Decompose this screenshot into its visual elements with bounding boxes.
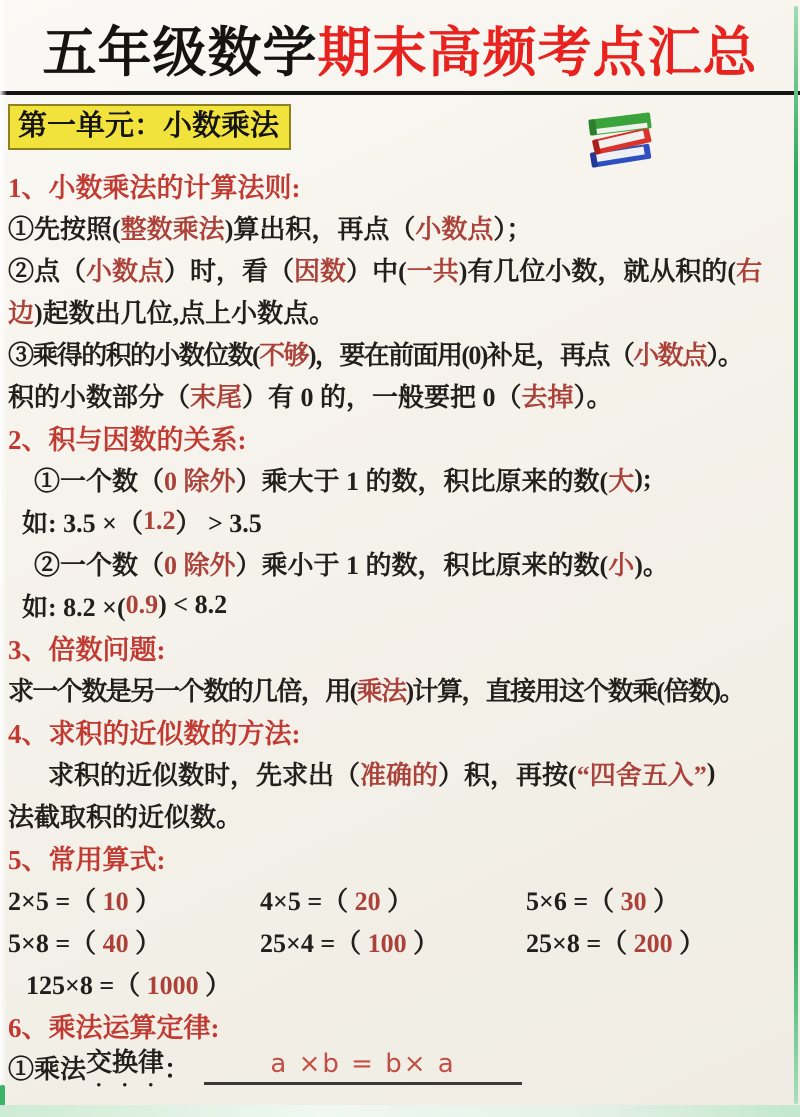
title-divider — [0, 91, 800, 95]
highlighted-term: 大 — [608, 461, 634, 498]
formula-cell: 2×5 =（ 10 ） — [8, 881, 260, 918]
page-title-grade: 五年级数学 — [43, 23, 318, 83]
highlighted-term: 20 — [348, 887, 387, 916]
text-line: 如: 3.5 ×（1.2） > 3.5 — [22, 500, 792, 542]
highlighted-term: 末尾 — [190, 377, 242, 414]
text-line: ②一个数（0 除外）乘小于 1 的数，积比原来的数(小)。 — [34, 542, 792, 584]
text-segment: 交换律 — [86, 1042, 164, 1092]
text-segment: 25×4 =（ — [260, 929, 361, 958]
section-5-heading: 5、常用算式: — [8, 836, 792, 878]
text-segment: ）。 — [574, 377, 613, 414]
formula-cell: 125×8 =（ 1000 ） — [26, 965, 278, 1002]
handwritten-answer-blank: a ×b = b× a — [204, 1049, 522, 1085]
highlighted-term: 小数点 — [633, 335, 706, 372]
text-line: 求积的近似数时，先求出（准确的）积，再按(“四舍五入”) — [48, 752, 792, 794]
text-segment: 求积的近似数时，先求出（ — [48, 755, 360, 792]
text-segment: ） — [413, 929, 439, 958]
text-segment: ） — [387, 887, 413, 916]
text-segment: ②点（ — [8, 251, 86, 288]
text-segment: ）中( — [346, 251, 407, 288]
formula-cell: 25×8 =（ 200 ） — [526, 923, 705, 960]
text-segment: 25×8 =（ — [526, 929, 627, 958]
highlighted-term: 10 — [96, 887, 135, 916]
text-segment: ）； — [493, 209, 532, 246]
text-segment: ） — [135, 887, 161, 916]
commutative-law-line: ①乘法交换律：a ×b = b× a — [8, 1046, 792, 1088]
content-lines: 1、小数乘法的计算法则:①先按照(整数乘法)算出积，再点（小数点）；②点（小数点… — [0, 152, 800, 1088]
page-title: 五年级数学期末高频考点汇总 — [0, 0, 800, 82]
highlighted-term: 2、积与因数的关系: — [8, 418, 247, 457]
formula-row: 5×8 =（ 40 ）25×4 =（ 100 ）25×8 =（ 200 ） — [8, 920, 792, 962]
text-segment: 求一个数是另一个数的几倍，用( — [8, 671, 357, 708]
text-line: 边)起数出几位,点上小数点。 — [8, 290, 792, 332]
highlighted-term: 0 除外 — [164, 461, 236, 498]
highlighted-term: 小 — [608, 545, 634, 582]
text-segment: ①乘法 — [8, 1049, 86, 1086]
text-segment: ①先按照( — [8, 209, 121, 246]
highlighted-term: 整数乘法 — [121, 209, 225, 246]
highlighted-term: 去掉 — [522, 377, 574, 414]
section-3-heading: 3、倍数问题: — [8, 626, 792, 668]
highlighted-term: 不够 — [259, 335, 308, 372]
text-line: ②点（小数点）时，看（因数）中(一共)有几位小数，就从积的(右 — [8, 248, 792, 290]
highlighted-term: 40 — [96, 929, 135, 958]
page-title-topic: 期末高频考点汇总 — [318, 23, 758, 83]
text-segment: ①一个数（ — [34, 461, 164, 498]
highlighted-term: 0 除外 — [164, 545, 236, 582]
highlighted-term: 5、常用算式: — [8, 838, 166, 877]
highlighted-term: “四舍五入” — [577, 755, 707, 792]
section-6-heading: 6、乘法运算定律: — [8, 1004, 792, 1046]
formula-cell: 5×8 =（ 40 ） — [8, 923, 260, 960]
highlighted-term: 4、求积的近似数的方法: — [8, 712, 301, 751]
text-segment: 4×5 =（ — [260, 887, 348, 916]
text-segment: 积的小数部分（ — [8, 377, 190, 414]
text-segment: 5×6 =（ — [526, 887, 614, 916]
text-segment: 2×5 =（ — [8, 887, 96, 916]
highlighted-term: 0.9 — [126, 590, 159, 620]
text-segment: ）乘大于 1 的数，积比原来的数( — [236, 461, 609, 498]
text-segment: 如: 8.2 ×( — [22, 587, 126, 624]
text-segment: ）。 — [706, 335, 742, 372]
text-segment: ： — [164, 1049, 190, 1086]
text-segment: )。 — [634, 545, 669, 582]
books-icon — [584, 108, 660, 170]
section-4-heading: 4、求积的近似数的方法: — [8, 710, 792, 752]
text-line: ①先按照(整数乘法)算出积，再点（小数点）； — [8, 206, 792, 248]
text-segment: 法截取积的近似数。 — [8, 797, 242, 834]
highlighted-term: 100 — [361, 929, 413, 958]
formula-row: 125×8 =（ 1000 ） — [8, 962, 792, 1004]
highlighted-term: 因数 — [294, 251, 346, 288]
formula-cell: 4×5 =（ 20 ） — [260, 881, 526, 918]
text-segment: 如: 3.5 ×（ — [22, 503, 143, 540]
section-1-heading: 1、小数乘法的计算法则: — [8, 164, 792, 206]
formula-row: 2×5 =（ 10 ）4×5 =（ 20 ）5×6 =（ 30 ） — [8, 878, 792, 920]
highlighted-term: 一共 — [407, 251, 459, 288]
text-segment: ); — [634, 464, 651, 494]
text-line: 如: 8.2 ×(0.9) < 8.2 — [22, 584, 792, 626]
study-notes-page: 五年级数学期末高频考点汇总 第一单元：小数乘法 1、 — [0, 0, 800, 1117]
highlighted-term: 准确的 — [360, 755, 438, 792]
text-line: ③乘得的积的小数位数(不够)，要在前面用(0)补足，再点（小数点）。 — [8, 332, 792, 374]
text-segment: ②一个数（ — [34, 545, 164, 582]
text-segment: ) — [707, 758, 716, 788]
highlighted-term: 6、乘法运算定律: — [8, 1006, 220, 1045]
highlighted-term: 小数点 — [86, 251, 164, 288]
highlighted-term: 1、小数乘法的计算法则: — [8, 166, 301, 205]
highlighted-term: 1.2 — [143, 506, 176, 536]
text-line: 法截取积的近似数。 — [8, 794, 792, 836]
section-2-heading: 2、积与因数的关系: — [8, 416, 792, 458]
text-segment: ）积，再按( — [438, 755, 577, 792]
photo-bottom-edge — [0, 1105, 800, 1117]
formula-cell: 25×4 =（ 100 ） — [260, 923, 526, 960]
text-segment: )算出积，再点（ — [225, 209, 416, 246]
photo-right-edge — [794, 6, 798, 1104]
highlighted-term: 右 — [736, 251, 762, 288]
text-segment: ）有 0 的，一般要把 0（ — [242, 377, 522, 414]
text-segment: )计算，直接用这个数乘(倍数)。 — [405, 671, 743, 708]
text-segment: ） — [205, 971, 231, 1000]
text-segment: ） > 3.5 — [175, 503, 261, 540]
unit-header-row: 第一单元：小数乘法 — [8, 104, 792, 152]
formula-cell: 5×6 =（ 30 ） — [526, 881, 679, 918]
highlighted-term: 3、倍数问题: — [8, 628, 166, 667]
text-segment: ） — [653, 887, 679, 916]
text-line: ①一个数（0 除外）乘大于 1 的数，积比原来的数(大); — [34, 458, 792, 500]
unit-header-highlight: 第一单元：小数乘法 — [8, 104, 291, 150]
highlighted-term: 1000 — [140, 971, 205, 1000]
highlighted-term: 30 — [614, 887, 653, 916]
text-segment: ) < 8.2 — [158, 590, 227, 620]
text-segment: ）乘小于 1 的数，积比原来的数( — [236, 545, 609, 582]
text-segment: )有几位小数，就从积的( — [459, 251, 736, 288]
text-line: 求一个数是另一个数的几倍，用(乘法)计算，直接用这个数乘(倍数)。 — [8, 668, 792, 710]
highlighted-term: 边 — [8, 293, 34, 330]
text-segment: )起数出几位,点上小数点。 — [34, 293, 335, 330]
text-segment: ③乘得的积的小数位数( — [8, 335, 259, 372]
text-line: 积的小数部分（末尾）有 0 的，一般要把 0（去掉）。 — [8, 374, 792, 416]
text-segment: ） — [135, 929, 161, 958]
photo-left-edge — [0, 0, 7, 1117]
text-segment: 5×8 =（ — [8, 929, 96, 958]
text-segment: 125×8 =（ — [26, 971, 140, 1000]
text-segment: )，要在前面用(0)补足，再点（ — [308, 335, 633, 372]
highlighted-term: 乘法 — [357, 671, 406, 708]
highlighted-term: 200 — [627, 929, 679, 958]
highlighted-term: 小数点 — [415, 209, 493, 246]
text-segment: ） — [679, 929, 705, 958]
text-segment: ）时，看（ — [164, 251, 294, 288]
